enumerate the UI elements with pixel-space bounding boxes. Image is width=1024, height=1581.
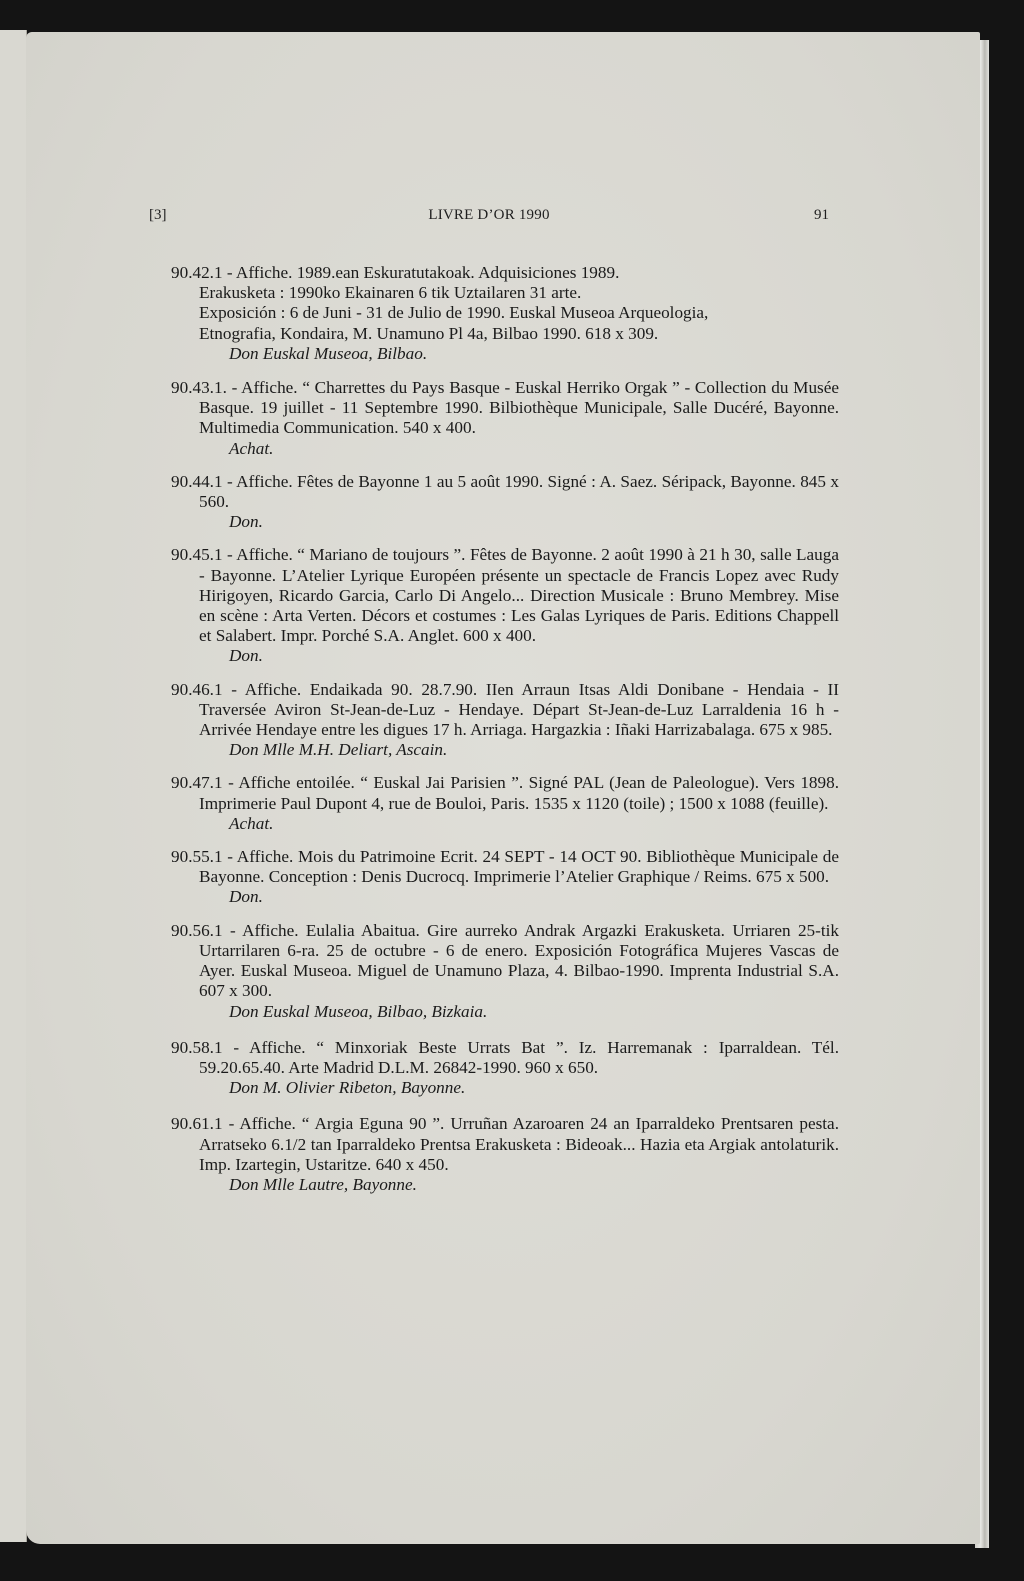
running-title: LIVRE D’OR 1990 [149, 207, 829, 224]
entry-text: 90.61.1 - Affiche. “ Argia Eguna 90 ”. U… [171, 1114, 839, 1173]
entry-text: 90.44.1 - Affiche. Fêtes de Bayonne 1 au… [171, 472, 839, 511]
entry-text: 90.46.1 - Affiche. Endaikada 90. 28.7.90… [171, 680, 839, 739]
catalogue-entries: 90.42.1 - Affiche. 1989.ean Eskuratutako… [171, 263, 839, 1208]
catalogue-entry: 90.47.1 - Affiche entoilée. “ Euskal Jai… [171, 773, 839, 834]
entry-provenance: Don. [199, 646, 839, 666]
previous-page-edge [0, 30, 27, 1542]
entry-line: 90.42.1 - Affiche. 1989.ean Eskuratutako… [171, 263, 619, 282]
entry-provenance: Achat. [199, 814, 839, 834]
entry-provenance: Don Mlle M.H. Deliart, Ascain. [199, 740, 839, 760]
catalogue-entry: 90.56.1 - Affiche. Eulalia Abaitua. Gire… [171, 921, 839, 1022]
entry-text: 90.58.1 - Affiche. “ Minxoriak Beste Urr… [171, 1038, 839, 1077]
entry-provenance: Don Euskal Museoa, Bilbao, Bizkaia. [199, 1002, 839, 1022]
entry-text: 90.43.1. - Affiche. “ Charrettes du Pays… [171, 378, 839, 437]
catalogue-entry: 90.58.1 - Affiche. “ Minxoriak Beste Urr… [171, 1038, 839, 1099]
entry-line: Exposición : 6 de Juni - 31 de Julio de … [199, 303, 708, 322]
entry-provenance: Achat. [199, 439, 839, 459]
catalogue-entry: 90.43.1. - Affiche. “ Charrettes du Pays… [171, 378, 839, 459]
entry-provenance: Don Euskal Museoa, Bilbao. [199, 344, 839, 364]
entry-text: 90.47.1 - Affiche entoilée. “ Euskal Jai… [171, 773, 839, 812]
entry-provenance: Don. [199, 887, 839, 907]
catalogue-entry: 90.61.1 - Affiche. “ Argia Eguna 90 ”. U… [171, 1114, 839, 1195]
entry-text: 90.56.1 - Affiche. Eulalia Abaitua. Gire… [171, 921, 839, 1001]
entry-line: Etnografia, Kondaira, M. Unamuno Pl 4a, … [199, 324, 658, 343]
entry-line: Erakusketa : 1990ko Ekainaren 6 tik Uzta… [199, 283, 581, 302]
entry-provenance: Don M. Olivier Ribeton, Bayonne. [199, 1078, 839, 1098]
entry-provenance: Don. [199, 512, 839, 532]
running-head: [3] LIVRE D’OR 1990 91 [149, 207, 829, 229]
catalogue-entry: 90.46.1 - Affiche. Endaikada 90. 28.7.90… [171, 680, 839, 761]
entry-text: 90.45.1 - Affiche. “ Mariano de toujours… [171, 545, 839, 645]
catalogue-entry: 90.55.1 - Affiche. Mois du Patrimoine Ec… [171, 847, 839, 908]
catalogue-entry: 90.45.1 - Affiche. “ Mariano de toujours… [171, 545, 839, 666]
catalogue-entry: 90.44.1 - Affiche. Fêtes de Bayonne 1 au… [171, 472, 839, 533]
page-number: 91 [814, 207, 829, 224]
catalogue-entry: 90.42.1 - Affiche. 1989.ean Eskuratutako… [171, 263, 839, 364]
entry-text: 90.55.1 - Affiche. Mois du Patrimoine Ec… [171, 847, 839, 886]
entry-provenance: Don Mlle Lautre, Bayonne. [199, 1175, 839, 1195]
